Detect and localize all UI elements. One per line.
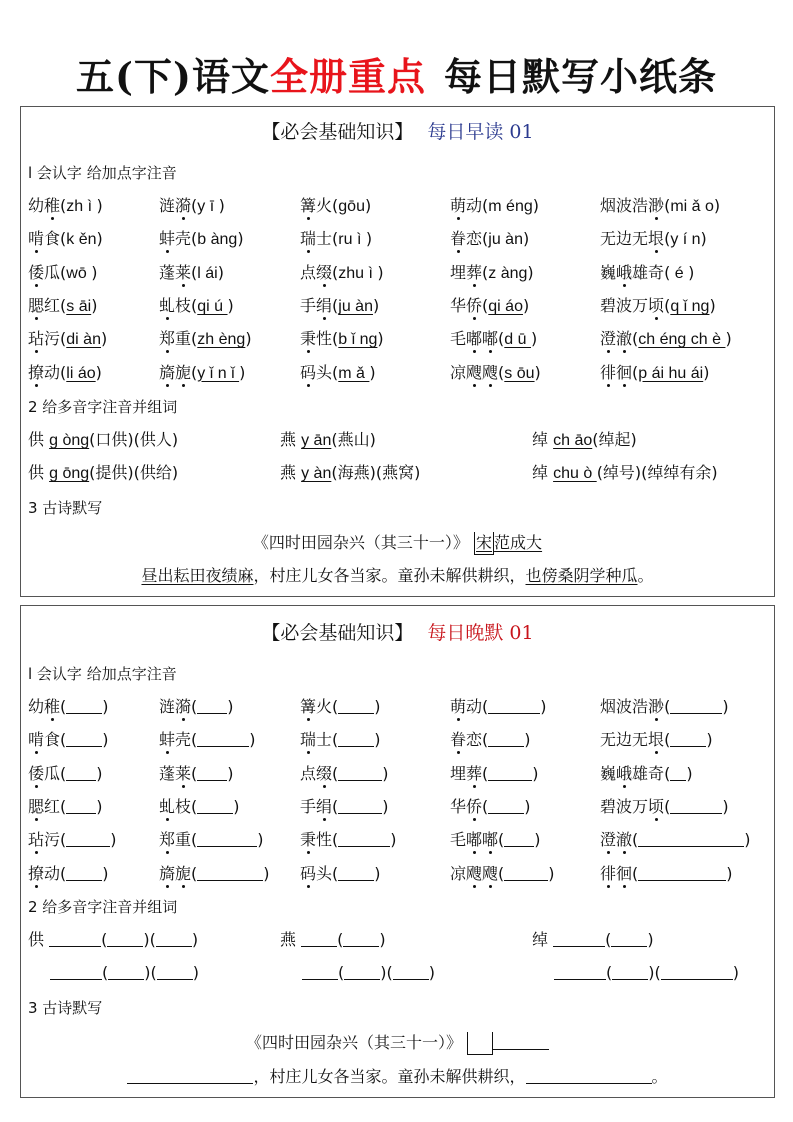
dotted-char: 眷 bbox=[450, 228, 466, 250]
pinyin-answer: qi áo bbox=[488, 298, 523, 315]
paren: ) bbox=[233, 797, 239, 816]
paren: ) bbox=[429, 963, 435, 982]
paren: ) bbox=[524, 797, 530, 816]
char: 手 bbox=[300, 797, 316, 816]
polyphone-item: 燕 y ān(燕山) bbox=[280, 429, 376, 452]
pinyin-blank[interactable] bbox=[670, 730, 706, 747]
word-text: 虬枝 bbox=[159, 797, 191, 816]
word-row: 幼稚(zh ì )涟漪(y ī )篝火(gōu)萌动(m éng)烟波浩渺(mi… bbox=[28, 195, 768, 217]
dotted-char: 倭 bbox=[28, 763, 44, 785]
word-item: 倭瓜() bbox=[28, 763, 103, 785]
poem-title-line: 《四时田园杂兴（其三十一）》 bbox=[21, 1032, 774, 1055]
dotted-char: 顷 bbox=[648, 796, 664, 818]
dotted-char: 渺 bbox=[648, 195, 664, 217]
word-item: 埋葬() bbox=[450, 763, 539, 785]
char: 埋 bbox=[450, 263, 466, 282]
paren: ) bbox=[219, 196, 225, 215]
dotted-char: 莱 bbox=[175, 763, 191, 785]
poem-title: 《四时田园杂兴（其三十一）》 bbox=[253, 533, 469, 552]
char: 凉 bbox=[450, 864, 466, 883]
word-text: 虬枝 bbox=[159, 296, 191, 315]
word-text: 幼稚 bbox=[28, 697, 60, 716]
dotted-char: 码 bbox=[300, 863, 316, 885]
word-item: 烟波浩渺(mi ǎ o) bbox=[600, 195, 720, 218]
word-item: 啃食(k ěn) bbox=[28, 228, 103, 251]
paren: ) bbox=[227, 764, 233, 783]
section-1-title: l 会认字 给加点字注音 bbox=[28, 664, 177, 684]
char: 凉 bbox=[450, 363, 466, 382]
dotted-char: 旖 bbox=[159, 863, 175, 885]
word-item: 碧波万顷(q ǐ ng) bbox=[600, 295, 716, 318]
dotted-char: 飕 bbox=[466, 863, 482, 885]
word-row: 腮红()虬枝()手绢()华侨()碧波万顷() bbox=[28, 796, 768, 818]
morning-heading: 【必会基础知识】每日早读 01 bbox=[21, 119, 774, 145]
paren: ) bbox=[382, 797, 388, 816]
pinyin-answer: mi ǎ o bbox=[670, 198, 714, 215]
word-text: 眷恋 bbox=[450, 730, 482, 749]
dotted-char: 蚌 bbox=[159, 729, 175, 751]
char: 无 bbox=[600, 229, 616, 248]
dotted-char: 飕 bbox=[482, 362, 498, 384]
word-text: 篝火 bbox=[300, 196, 332, 215]
paren: ) bbox=[533, 196, 539, 215]
word-item: 巍峨雄奇() bbox=[600, 763, 693, 785]
word-item: 蓬莱() bbox=[159, 763, 234, 785]
word-item: 华侨() bbox=[450, 796, 531, 818]
pinyin-blank[interactable] bbox=[66, 864, 102, 881]
evening-heading: 【必会基础知识】每日晚默 01 bbox=[21, 620, 774, 646]
pinyin-blank[interactable] bbox=[488, 797, 524, 814]
char: 壳 bbox=[175, 229, 191, 248]
word-text: 凉飕飕 bbox=[450, 363, 498, 382]
dotted-char: 玷 bbox=[28, 829, 44, 851]
char: 万 bbox=[632, 797, 648, 816]
char: 波 bbox=[616, 196, 632, 215]
dotted-char: 秉 bbox=[300, 328, 316, 350]
poem-dynasty: 宋 bbox=[476, 533, 492, 552]
word-text: 涟漪 bbox=[159, 697, 191, 716]
word-text: 秉性 bbox=[300, 329, 332, 348]
word-item: 毛嘟嘟(d ū ) bbox=[450, 328, 537, 351]
paren: ) bbox=[379, 930, 385, 949]
heading-label: 【必会基础知识】 bbox=[261, 622, 413, 644]
pinyin-blank[interactable] bbox=[554, 963, 606, 980]
dotted-char: 倭 bbox=[28, 262, 44, 284]
word-item: 无边无垠(y í n) bbox=[600, 228, 707, 251]
pinyin-answer: é bbox=[670, 265, 688, 282]
polyphone-char: 燕 bbox=[280, 430, 301, 449]
dotted-char: 侨 bbox=[466, 295, 482, 317]
word-text: 徘徊 bbox=[600, 864, 632, 883]
poem-title-line: 《四时田园杂兴（其三十一）》 宋范成大 bbox=[21, 532, 774, 555]
char: 火 bbox=[316, 697, 332, 716]
word-item: 虬枝(qi ú ) bbox=[159, 295, 234, 318]
word-text: 啃食 bbox=[28, 730, 60, 749]
poem-line-3-blank[interactable] bbox=[526, 1067, 652, 1084]
char: 恋 bbox=[466, 229, 482, 248]
morning-subheading: 每日早读 01 bbox=[427, 121, 533, 143]
char: 碧 bbox=[600, 797, 616, 816]
word-group: (绰号)(绰绰有余) bbox=[597, 463, 718, 482]
paren: ) bbox=[722, 797, 728, 816]
char: 红 bbox=[44, 296, 60, 315]
pinyin-blank[interactable] bbox=[553, 930, 605, 947]
word-blank[interactable] bbox=[156, 930, 192, 947]
word-text: 萌动 bbox=[450, 196, 482, 215]
char: 碧 bbox=[600, 296, 616, 315]
char: 奇 bbox=[648, 263, 664, 282]
polyphone-char: 燕 bbox=[280, 930, 301, 949]
paren: ) bbox=[101, 329, 107, 348]
paren: ) bbox=[218, 263, 224, 282]
word-blank[interactable] bbox=[611, 930, 647, 947]
word-item: 篝火() bbox=[300, 696, 381, 718]
word-text: 篝火 bbox=[300, 697, 332, 716]
char: 火 bbox=[316, 196, 332, 215]
polyphone-char: 绰 bbox=[532, 463, 553, 482]
paren: ) bbox=[102, 697, 108, 716]
char: 奇 bbox=[648, 764, 664, 783]
char: 点 bbox=[300, 764, 316, 783]
pinyin-answer: l ái bbox=[197, 265, 217, 282]
paren: ) bbox=[726, 864, 732, 883]
polyphone-item: 供 g ōng(提供)(供给) bbox=[28, 462, 178, 485]
dotted-char: 码 bbox=[300, 362, 316, 384]
paren: ) bbox=[110, 830, 116, 849]
char: 涟 bbox=[159, 697, 175, 716]
char: 无 bbox=[632, 730, 648, 749]
pinyin-answer: wō bbox=[66, 265, 91, 282]
pinyin-blank[interactable] bbox=[504, 830, 534, 847]
dotted-char: 虬 bbox=[159, 295, 175, 317]
dotted-char: 徘 bbox=[600, 863, 616, 885]
dotted-char: 秉 bbox=[300, 829, 316, 851]
polyphone-item: 供 g òng(口供)(供人) bbox=[28, 429, 178, 452]
dotted-char: 虬 bbox=[159, 796, 175, 818]
polyphone-row: 供 g ōng(提供)(供给)燕 y àn(海燕)(燕窝)绰 chu ò (绰号… bbox=[28, 462, 768, 484]
pinyin-blank[interactable] bbox=[488, 730, 524, 747]
word-text: 蚌壳 bbox=[159, 229, 191, 248]
dotted-char: 缀 bbox=[316, 262, 332, 284]
paren: ) bbox=[540, 697, 546, 716]
dotted-char: 峨 bbox=[616, 763, 632, 785]
char: 污 bbox=[44, 329, 60, 348]
char: 动 bbox=[466, 697, 482, 716]
char: 污 bbox=[44, 830, 60, 849]
word-text: 澄澈 bbox=[600, 329, 632, 348]
word-item: 点缀() bbox=[300, 763, 389, 785]
word-item: 秉性(b ǐ ng) bbox=[300, 328, 384, 351]
word-item: 秉性() bbox=[300, 829, 397, 851]
dotted-char: 侨 bbox=[466, 796, 482, 818]
dotted-char: 篝 bbox=[300, 195, 316, 217]
dotted-char: 澈 bbox=[616, 328, 632, 350]
char: 涟 bbox=[159, 196, 175, 215]
pinyin-blank[interactable] bbox=[670, 764, 686, 781]
pinyin-answer: g òng bbox=[49, 432, 89, 449]
paren: ) bbox=[709, 296, 715, 315]
pinyin-answer: s āi bbox=[66, 298, 91, 315]
paren: ) bbox=[373, 296, 379, 315]
word-text: 烟波浩渺 bbox=[600, 196, 664, 215]
dotted-char: 稚 bbox=[44, 195, 60, 217]
word-blank[interactable] bbox=[108, 963, 144, 980]
dotted-char: 葬 bbox=[466, 262, 482, 284]
word-text: 蓬莱 bbox=[159, 764, 191, 783]
word-item: 倭瓜(wō ) bbox=[28, 262, 97, 285]
pinyin-blank[interactable] bbox=[338, 697, 374, 714]
paren: ) bbox=[96, 764, 102, 783]
paren: ) bbox=[102, 864, 108, 883]
word-group: (海燕)(燕窝) bbox=[331, 463, 420, 482]
pinyin-blank[interactable] bbox=[488, 764, 532, 781]
word-item: 无边无垠() bbox=[600, 729, 713, 751]
word-group: (绰起) bbox=[592, 430, 637, 449]
paren: ) bbox=[701, 229, 707, 248]
pinyin-blank[interactable] bbox=[338, 764, 382, 781]
pinyin-answer: y ǐ n ǐ bbox=[197, 365, 239, 382]
pinyin-blank[interactable] bbox=[66, 764, 96, 781]
pinyin-blank[interactable] bbox=[338, 830, 390, 847]
char: 枝 bbox=[175, 797, 191, 816]
pinyin-blank[interactable] bbox=[302, 963, 338, 980]
pinyin-blank[interactable] bbox=[301, 930, 337, 947]
pinyin-blank[interactable] bbox=[197, 697, 227, 714]
polyphone-char: 绰 bbox=[532, 430, 553, 449]
paren: ) bbox=[524, 730, 530, 749]
word-blank[interactable] bbox=[661, 963, 733, 980]
word-item: 碧波万顷() bbox=[600, 796, 729, 818]
paren: ) bbox=[377, 329, 383, 348]
char: 边 bbox=[616, 229, 632, 248]
dotted-char: 萌 bbox=[450, 195, 466, 217]
dotted-char: 徊 bbox=[616, 362, 632, 384]
word-text: 巍峨雄奇 bbox=[600, 764, 664, 783]
word-text: 凉飕飕 bbox=[450, 864, 498, 883]
paren: ) bbox=[744, 830, 750, 849]
word-text: 玷污 bbox=[28, 830, 60, 849]
poem-end-mark: 。 bbox=[652, 1067, 668, 1086]
char: 瓜 bbox=[44, 263, 60, 282]
pinyin-blank[interactable] bbox=[338, 864, 374, 881]
dotted-char: 葬 bbox=[466, 763, 482, 785]
char: 幼 bbox=[28, 196, 44, 215]
word-item: 撩动(li áo) bbox=[28, 362, 102, 385]
pinyin-blank[interactable] bbox=[66, 830, 110, 847]
word-item: 眷恋(ju àn) bbox=[450, 228, 529, 251]
word-blank[interactable] bbox=[107, 930, 143, 947]
paren: ) bbox=[688, 263, 694, 282]
char: 万 bbox=[632, 296, 648, 315]
word-row: 倭瓜()蓬莱()点缀()埋葬()巍峨雄奇() bbox=[28, 763, 768, 785]
char: 毛 bbox=[450, 329, 466, 348]
word-text: 倭瓜 bbox=[28, 263, 60, 282]
word-item: 蚌壳() bbox=[159, 729, 256, 751]
polyphone-row: 供 ()()燕 ()绰 () bbox=[28, 929, 768, 951]
paren: ) bbox=[227, 697, 233, 716]
word-text: 啃食 bbox=[28, 229, 60, 248]
word-text: 毛嘟嘟 bbox=[450, 830, 498, 849]
word-text: 瑞士 bbox=[300, 229, 332, 248]
char: 华 bbox=[450, 797, 466, 816]
dotted-char: 啃 bbox=[28, 729, 44, 751]
pinyin-blank[interactable] bbox=[197, 764, 227, 781]
pinyin-blank[interactable] bbox=[50, 963, 102, 980]
pinyin-blank[interactable] bbox=[638, 830, 744, 847]
pinyin-blank[interactable] bbox=[197, 864, 263, 881]
pinyin-blank[interactable] bbox=[197, 830, 257, 847]
word-text: 郑重 bbox=[159, 830, 191, 849]
char: 恋 bbox=[466, 730, 482, 749]
paren: ) bbox=[369, 363, 375, 382]
word-text: 旖旎 bbox=[159, 864, 191, 883]
poem-title: 《四时田园杂兴（其三十一）》 bbox=[246, 1033, 462, 1052]
dynasty-blank[interactable] bbox=[467, 1032, 493, 1055]
polyphone-item: ()() bbox=[532, 962, 739, 984]
dotted-char: 啃 bbox=[28, 228, 44, 250]
paren: ) bbox=[714, 196, 720, 215]
paren: ) bbox=[374, 864, 380, 883]
word-text: 手绢 bbox=[300, 797, 332, 816]
pinyin-blank[interactable] bbox=[197, 730, 249, 747]
pinyin-answer: y àn bbox=[301, 465, 331, 482]
paren: ) bbox=[374, 730, 380, 749]
word-blank[interactable] bbox=[612, 963, 648, 980]
char: 食 bbox=[44, 229, 60, 248]
char: 重 bbox=[175, 329, 191, 348]
dotted-char: 漪 bbox=[175, 195, 191, 217]
word-blank[interactable] bbox=[343, 930, 379, 947]
paren: ) bbox=[97, 196, 103, 215]
char: 士 bbox=[316, 730, 332, 749]
char: 点 bbox=[300, 263, 316, 282]
pinyin-answer: ju àn bbox=[488, 231, 523, 248]
word-blank[interactable] bbox=[393, 963, 429, 980]
paren: ) bbox=[97, 229, 103, 248]
dotted-char: 嘟 bbox=[466, 829, 482, 851]
poem-body: 昼出耘田夜绩麻，村庄儿女各当家。童孙未解供耕织，也傍桑阴学种瓜。 bbox=[21, 565, 774, 587]
paren: ) bbox=[523, 229, 529, 248]
word-text: 萌动 bbox=[450, 697, 482, 716]
word-text: 点缀 bbox=[300, 263, 332, 282]
pinyin-blank[interactable] bbox=[338, 797, 382, 814]
dotted-char: 飕 bbox=[482, 863, 498, 885]
char: 红 bbox=[44, 797, 60, 816]
paren: ) bbox=[228, 296, 234, 315]
pinyin-answer: g ōng bbox=[49, 465, 89, 482]
pinyin-blank[interactable] bbox=[338, 730, 374, 747]
word-text: 撩动 bbox=[28, 864, 60, 883]
paren: ) bbox=[531, 329, 537, 348]
word-row: 倭瓜(wō )蓬莱(l ái)点缀(zhu ì )埋葬(z àng)巍峨雄奇( … bbox=[28, 262, 768, 284]
word-item: 徘徊() bbox=[600, 863, 733, 885]
dotted-char: 稚 bbox=[44, 696, 60, 718]
pinyin-answer: m ǎ bbox=[338, 365, 369, 382]
word-group: (口供)(供人) bbox=[89, 430, 178, 449]
paren: ) bbox=[102, 730, 108, 749]
dotted-char: 缀 bbox=[316, 763, 332, 785]
word-item: 巍峨雄奇( é ) bbox=[600, 262, 694, 285]
author-blank[interactable] bbox=[493, 1033, 549, 1050]
word-text: 郑重 bbox=[159, 329, 191, 348]
word-item: 澄澈() bbox=[600, 829, 751, 851]
word-item: 虬枝() bbox=[159, 796, 240, 818]
poem-line-2: ，村庄儿女各当家。童孙未解供耕织， bbox=[253, 1067, 525, 1086]
word-text: 眷恋 bbox=[450, 229, 482, 248]
char: 波 bbox=[616, 697, 632, 716]
char: 无 bbox=[632, 229, 648, 248]
pinyin-answer: y ī bbox=[197, 198, 218, 215]
word-item: 腮红(s āi) bbox=[28, 295, 97, 318]
dotted-char: 绢 bbox=[316, 796, 332, 818]
paren: ) bbox=[703, 363, 709, 382]
char: 华 bbox=[450, 296, 466, 315]
polyphone-char: 供 bbox=[28, 930, 49, 949]
paren: ) bbox=[390, 830, 396, 849]
word-text: 撩动 bbox=[28, 363, 60, 382]
pinyin-blank[interactable] bbox=[66, 730, 102, 747]
dotted-char: 徊 bbox=[616, 863, 632, 885]
word-item: 澄澈(ch éng ch è ) bbox=[600, 328, 732, 351]
word-item: 烟波浩渺() bbox=[600, 696, 729, 718]
paren: ) bbox=[96, 363, 102, 382]
pinyin-answer: y ān bbox=[301, 432, 331, 449]
pinyin-blank[interactable] bbox=[638, 864, 726, 881]
dotted-char: 垠 bbox=[648, 729, 664, 751]
char: 动 bbox=[44, 864, 60, 883]
word-text: 手绢 bbox=[300, 296, 332, 315]
pinyin-blank[interactable] bbox=[49, 930, 101, 947]
poem-line-1-blank[interactable] bbox=[127, 1067, 253, 1084]
pinyin-blank[interactable] bbox=[66, 797, 96, 814]
section-3-title: 3 古诗默写 bbox=[28, 498, 102, 518]
polyphone-row: 供 g òng(口供)(供人)燕 y ān(燕山)绰 ch āo(绰起) bbox=[28, 429, 768, 451]
dotted-char: 旖 bbox=[159, 362, 175, 384]
dotted-char: 腮 bbox=[28, 796, 44, 818]
word-item: 玷污() bbox=[28, 829, 117, 851]
word-item: 瑞士(ru ì ) bbox=[300, 228, 372, 251]
word-blank[interactable] bbox=[344, 963, 380, 980]
pinyin-blank[interactable] bbox=[66, 697, 102, 714]
morning-reading-card: 【必会基础知识】每日早读 01 l 会认字 给加点字注音 幼稚(zh ì )涟漪… bbox=[20, 106, 775, 597]
word-item: 幼稚(zh ì ) bbox=[28, 195, 103, 218]
dotted-char: 玷 bbox=[28, 328, 44, 350]
paren: ) bbox=[365, 196, 371, 215]
polyphone-char: 供 bbox=[28, 430, 49, 449]
word-item: 埋葬(z àng) bbox=[450, 262, 534, 285]
pinyin-answer: ju àn bbox=[338, 298, 373, 315]
char: 蓬 bbox=[159, 764, 175, 783]
word-item: 瑞士() bbox=[300, 729, 381, 751]
dotted-char: 渺 bbox=[648, 696, 664, 718]
pinyin-blank[interactable] bbox=[670, 697, 722, 714]
dotted-char: 嘟 bbox=[482, 328, 498, 350]
pinyin-blank[interactable] bbox=[504, 864, 548, 881]
paren: ) bbox=[237, 229, 243, 248]
word-blank[interactable] bbox=[157, 963, 193, 980]
pinyin-blank[interactable] bbox=[670, 797, 722, 814]
pinyin-blank[interactable] bbox=[488, 697, 540, 714]
pinyin-answer: y í n bbox=[670, 231, 700, 248]
word-item: 手绢() bbox=[300, 796, 389, 818]
word-item: 旖旎() bbox=[159, 863, 270, 885]
pinyin-blank[interactable] bbox=[197, 797, 233, 814]
char: 重 bbox=[175, 830, 191, 849]
word-item: 点缀(zhu ì ) bbox=[300, 262, 384, 285]
paren: ) bbox=[192, 930, 198, 949]
page-title: 五(下)语文全册重点每日默写小纸条 bbox=[0, 52, 793, 102]
section-2-title: 2 给多音字注音并组词 bbox=[28, 397, 177, 417]
